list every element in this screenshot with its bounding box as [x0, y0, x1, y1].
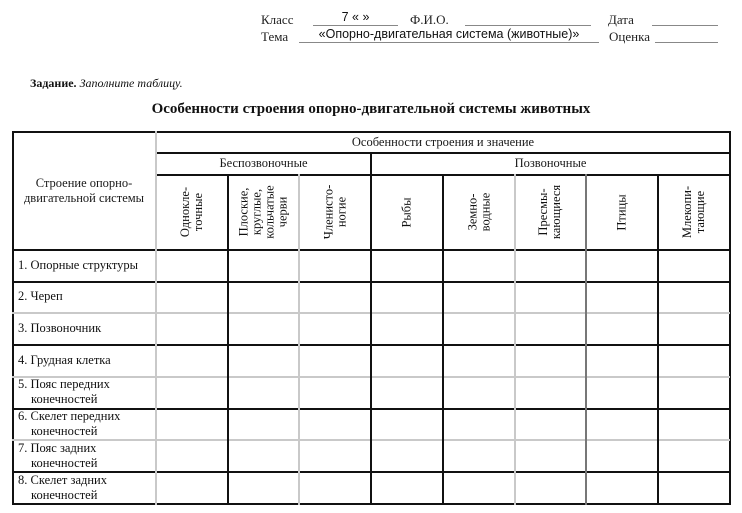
date-field[interactable]: [652, 10, 718, 26]
table-cell[interactable]: [516, 378, 585, 408]
class-label: Класс: [261, 12, 293, 27]
table-cell[interactable]: [516, 314, 585, 344]
row-label-text: 2. Череп: [18, 289, 63, 303]
invertebrates-header: Беспозвоночные: [157, 156, 370, 171]
task-label: Задание.: [30, 76, 77, 90]
row-header: Строение опорно- двигательной системы: [13, 176, 155, 206]
table-cell[interactable]: [157, 410, 227, 439]
table-cell[interactable]: [444, 410, 514, 439]
row-label-text: 5. Пояс передних: [18, 377, 110, 391]
table-cell[interactable]: [300, 378, 370, 408]
row-label-text: конечностей: [18, 392, 110, 407]
table-cell[interactable]: [372, 410, 442, 439]
row-label-text: 3. Позвоночник: [18, 321, 101, 335]
table-cell[interactable]: [659, 378, 727, 408]
table-cell[interactable]: [157, 314, 227, 344]
table-cell[interactable]: [300, 441, 370, 471]
date-label: Дата: [608, 12, 634, 27]
table-cell[interactable]: [300, 251, 370, 281]
topic-label: Тема: [261, 29, 288, 44]
table-cell[interactable]: [659, 314, 727, 344]
table-cell[interactable]: [444, 283, 514, 312]
table-cell[interactable]: [300, 410, 370, 439]
fio-label: Ф.И.О.: [410, 12, 449, 27]
grade-label: Оценка: [609, 29, 650, 44]
table-cell[interactable]: [516, 441, 585, 471]
row-label-text: конечностей: [18, 488, 107, 503]
table-cell[interactable]: [587, 346, 657, 376]
table-cell[interactable]: [659, 283, 727, 312]
row-label-text: конечностей: [18, 456, 97, 471]
row-label-support-structures: 1. Опорные структуры: [18, 258, 138, 273]
table-cell[interactable]: [444, 346, 514, 376]
table-cell[interactable]: [659, 346, 727, 376]
task-instruction: Задание. Заполните таблицу.: [30, 76, 183, 91]
table-cell[interactable]: [444, 378, 514, 408]
fio-field[interactable]: [465, 10, 591, 26]
group-header: Особенности строения и значение: [157, 135, 729, 150]
vertebrates-header: Позвоночные: [372, 156, 729, 171]
table-cell[interactable]: [157, 283, 227, 312]
row-label-text: 8. Скелет задних: [18, 473, 107, 487]
topic-field[interactable]: «Опорно-двигательная система (животные)»: [299, 27, 599, 43]
task-text: Заполните таблицу.: [80, 76, 183, 90]
table-cell[interactable]: [229, 283, 298, 312]
table-cell[interactable]: [516, 346, 585, 376]
row-label-spine: 3. Позвоночник: [18, 321, 101, 336]
table-cell[interactable]: [372, 314, 442, 344]
col-header-text: Однокле- точные: [179, 187, 205, 237]
row-label-text: 1. Опорные структуры: [18, 258, 138, 272]
col-header-mammals: Млекопи- тающие: [659, 175, 729, 249]
table-cell[interactable]: [229, 473, 298, 501]
table-cell[interactable]: [587, 473, 657, 501]
table-cell[interactable]: [157, 251, 227, 281]
table-cell[interactable]: [372, 283, 442, 312]
row-label-hindlimb-skeleton: 8. Скелет заднихконечностей: [18, 473, 107, 503]
grade-field[interactable]: [655, 27, 718, 43]
table-cell[interactable]: [300, 314, 370, 344]
col-header-unicellular: Однокле- точные: [157, 175, 227, 249]
table-cell[interactable]: [516, 473, 585, 501]
col-header-text: Млекопи- тающие: [681, 186, 707, 238]
table-cell[interactable]: [157, 441, 227, 471]
col-header-amphibians: Земно- водные: [444, 175, 514, 249]
table-cell[interactable]: [229, 410, 298, 439]
table-cell[interactable]: [229, 251, 298, 281]
table-cell[interactable]: [372, 378, 442, 408]
table-cell[interactable]: [157, 346, 227, 376]
table-cell[interactable]: [659, 473, 727, 501]
table-cell[interactable]: [372, 441, 442, 471]
table-cell[interactable]: [372, 251, 442, 281]
table-cell[interactable]: [229, 378, 298, 408]
col-header-text: Рыбы: [400, 197, 413, 227]
table-cell[interactable]: [444, 314, 514, 344]
table-cell[interactable]: [587, 410, 657, 439]
table-cell[interactable]: [157, 378, 227, 408]
header-divider-1: [155, 152, 730, 154]
table-cell[interactable]: [516, 251, 585, 281]
table-title: Особенности строения опорно-двигательной…: [0, 101, 742, 118]
table-cell[interactable]: [659, 410, 727, 439]
table-cell[interactable]: [444, 441, 514, 471]
col-header-text: Земно- водные: [466, 193, 492, 232]
table-cell[interactable]: [300, 473, 370, 501]
row-label-hindlimb-girdle: 7. Пояс заднихконечностей: [18, 441, 97, 471]
table-cell[interactable]: [372, 346, 442, 376]
table-cell[interactable]: [229, 441, 298, 471]
table-cell[interactable]: [300, 283, 370, 312]
table-cell[interactable]: [516, 283, 585, 312]
row-label-text: 6. Скелет передних: [18, 409, 120, 423]
table-border-top: [12, 131, 730, 133]
table-cell[interactable]: [229, 346, 298, 376]
table-cell[interactable]: [300, 346, 370, 376]
table-cell[interactable]: [516, 410, 585, 439]
col-header-arthropods: Членисто- ногие: [300, 175, 370, 249]
col-header-worms: Плоские, круглые, кольчатые черви: [229, 175, 298, 249]
class-field[interactable]: 7 « »: [313, 10, 398, 26]
col-header-fish: Рыбы: [372, 175, 442, 249]
table-cell[interactable]: [157, 473, 227, 501]
table-cell[interactable]: [372, 473, 442, 501]
row-label-forelimb-skeleton: 6. Скелет переднихконечностей: [18, 409, 120, 439]
row-label-text: 7. Пояс задних: [18, 441, 96, 455]
col-header-text: Членисто- ногие: [322, 185, 348, 240]
table-cell[interactable]: [659, 251, 727, 281]
row-label-ribcage: 4. Грудная клетка: [18, 353, 111, 368]
table-cell[interactable]: [229, 314, 298, 344]
table-cell[interactable]: [587, 251, 657, 281]
table-cell[interactable]: [587, 378, 657, 408]
table-cell[interactable]: [444, 251, 514, 281]
row-label-text: 4. Грудная клетка: [18, 353, 111, 367]
col-header-text: Пресмы- кающиеся: [538, 185, 564, 239]
table-cell[interactable]: [587, 314, 657, 344]
row-label-skull: 2. Череп: [18, 289, 63, 304]
col-header-reptiles: Пресмы- кающиеся: [516, 175, 585, 249]
table-cell[interactable]: [444, 473, 514, 501]
row-label-forelimb-girdle: 5. Пояс переднихконечностей: [18, 377, 110, 407]
col-header-text: Плоские, круглые, кольчатые черви: [238, 185, 290, 238]
table-cell[interactable]: [587, 283, 657, 312]
row-label-text: конечностей: [18, 424, 120, 439]
table-border-right: [729, 131, 731, 505]
col-header-text: Птицы: [616, 194, 629, 230]
col-header-birds: Птицы: [587, 175, 657, 249]
table-cell[interactable]: [659, 441, 727, 471]
table-cell[interactable]: [587, 441, 657, 471]
